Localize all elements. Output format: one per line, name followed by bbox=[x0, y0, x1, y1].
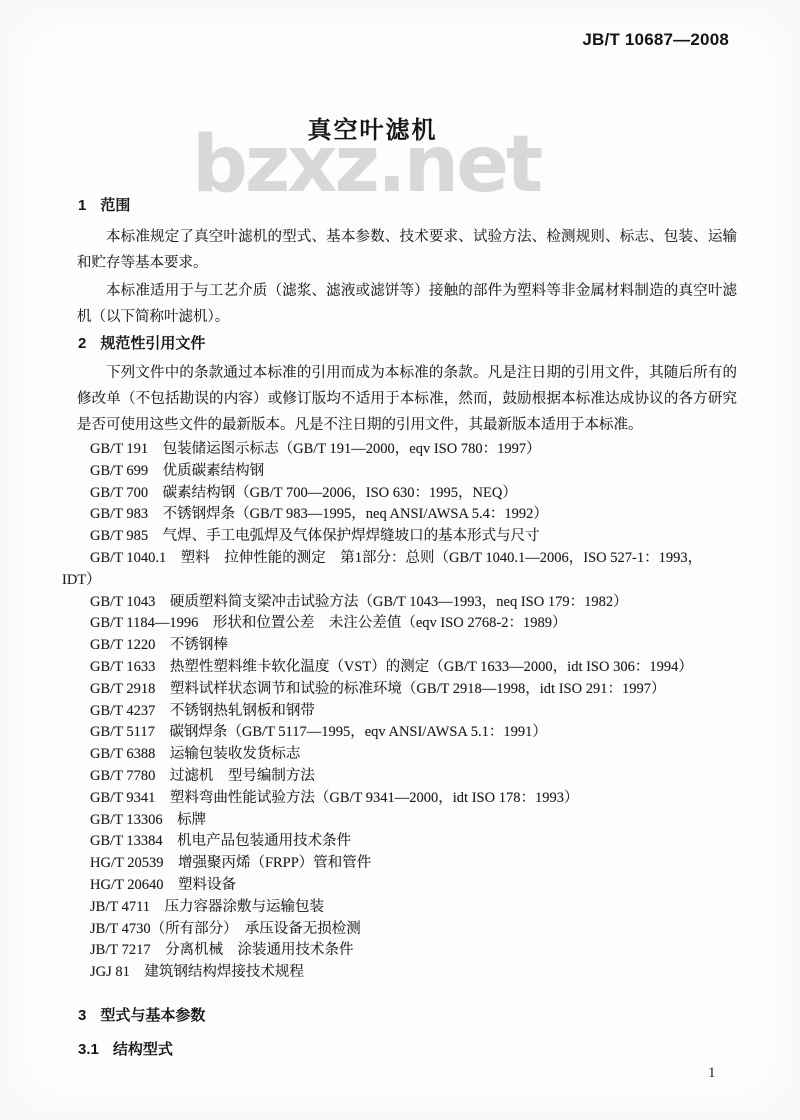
reference-item: HG/T 20640 塑料设备 bbox=[62, 875, 737, 897]
section-title: 范围 bbox=[100, 197, 130, 214]
reference-item: GB/T 5117 碳钢焊条（GB/T 5117—1995，eqv ANSI/A… bbox=[62, 722, 737, 744]
section-title: 型式与基本参数 bbox=[100, 1007, 205, 1024]
reference-item: GB/T 13306 标牌 bbox=[62, 810, 737, 832]
document-body: 1范围 本标准规定了真空叶滤机的型式、基本参数、技术要求、试验方法、检测规则、标… bbox=[62, 190, 737, 1060]
reference-item: GB/T 6388 运输包装收发货标志 bbox=[62, 744, 737, 766]
reference-item: GB/T 1040.1 塑料 拉伸性能的测定 第1部分：总则（GB/T 1040… bbox=[62, 548, 737, 570]
reference-item: GB/T 983 不锈钢焊条（GB/T 983—1995，neq ANSI/AW… bbox=[62, 504, 737, 526]
reference-item: JB/T 7217 分离机械 涂装通用技术条件 bbox=[62, 940, 737, 962]
section-number: 2 bbox=[78, 335, 86, 352]
document-title: 真空叶滤机 bbox=[0, 110, 745, 145]
reference-item: GB/T 9341 塑料弯曲性能试验方法（GB/T 9341—2000，idt … bbox=[62, 788, 737, 810]
section-title: 规范性引用文件 bbox=[100, 335, 205, 352]
section-heading-scope: 1范围 bbox=[62, 196, 737, 216]
references-intro-paragraph: 下列文件中的条款通过本标准的引用而成为本标准的条款。凡是注日期的引用文件，其随后… bbox=[62, 360, 737, 438]
scope-paragraph-2: 本标准适用于与工艺介质（滤浆、滤液或滤饼等）接触的部件为塑料等非金属材料制造的真… bbox=[62, 278, 737, 330]
section-number: 1 bbox=[78, 197, 86, 214]
reference-item: GB/T 2918 塑料试样状态调节和试验的标准环境（GB/T 2918—199… bbox=[62, 679, 737, 701]
reference-item: JB/T 4730（所有部分） 承压设备无损检测 bbox=[62, 919, 737, 941]
reference-item: GB/T 1043 硬质塑料简支梁冲击试验方法（GB/T 1043—1993，n… bbox=[62, 592, 737, 614]
section-number: 3 bbox=[78, 1007, 86, 1024]
page-number: 1 bbox=[708, 1065, 716, 1082]
reference-item: GB/T 700 碳素结构钢（GB/T 700—2006，ISO 630：199… bbox=[62, 483, 737, 505]
reference-item: HG/T 20539 增强聚丙烯（FRPP）管和管件 bbox=[62, 853, 737, 875]
reference-item: JGJ 81 建筑钢结构焊接技术规程 bbox=[62, 962, 737, 984]
section-number: 3.1 bbox=[78, 1041, 99, 1058]
standard-number: JB/T 10687—2008 bbox=[582, 30, 729, 50]
reference-item: GB/T 985 气焊、手工电弧焊及气体保护焊焊缝坡口的基本形式与尺寸 bbox=[62, 526, 737, 548]
reference-item: GB/T 13384 机电产品包装通用技术条件 bbox=[62, 831, 737, 853]
reference-item-continuation: IDT） bbox=[62, 570, 737, 592]
reference-list: GB/T 191 包装储运图示标志（GB/T 191—2000，eqv ISO … bbox=[62, 439, 737, 984]
document-page: JB/T 10687—2008 bzxz.net 真空叶滤机 1范围 本标准规定… bbox=[0, 0, 800, 1120]
reference-item: GB/T 7780 过滤机 型号编制方法 bbox=[62, 766, 737, 788]
reference-item: GB/T 4237 不锈钢热轧钢板和钢带 bbox=[62, 701, 737, 723]
reference-item: GB/T 1633 热塑性塑料维卡软化温度（VST）的测定（GB/T 1633—… bbox=[62, 657, 737, 679]
section-title: 结构型式 bbox=[113, 1041, 173, 1058]
section-heading-normative-references: 2规范性引用文件 bbox=[62, 334, 737, 354]
reference-item: GB/T 1184—1996 形状和位置公差 未注公差值（eqv ISO 276… bbox=[62, 613, 737, 635]
reference-item: JB/T 4711 压力容器涂敷与运输包装 bbox=[62, 897, 737, 919]
reference-item: GB/T 191 包装储运图示标志（GB/T 191—2000，eqv ISO … bbox=[62, 439, 737, 461]
reference-item: GB/T 1220 不锈钢棒 bbox=[62, 635, 737, 657]
section-heading-types-parameters: 3型式与基本参数 bbox=[62, 1006, 737, 1026]
reference-item: GB/T 699 优质碳素结构钢 bbox=[62, 461, 737, 483]
section-heading-structure-type: 3.1结构型式 bbox=[62, 1040, 737, 1060]
scope-paragraph-1: 本标准规定了真空叶滤机的型式、基本参数、技术要求、试验方法、检测规则、标志、包装… bbox=[62, 224, 737, 276]
